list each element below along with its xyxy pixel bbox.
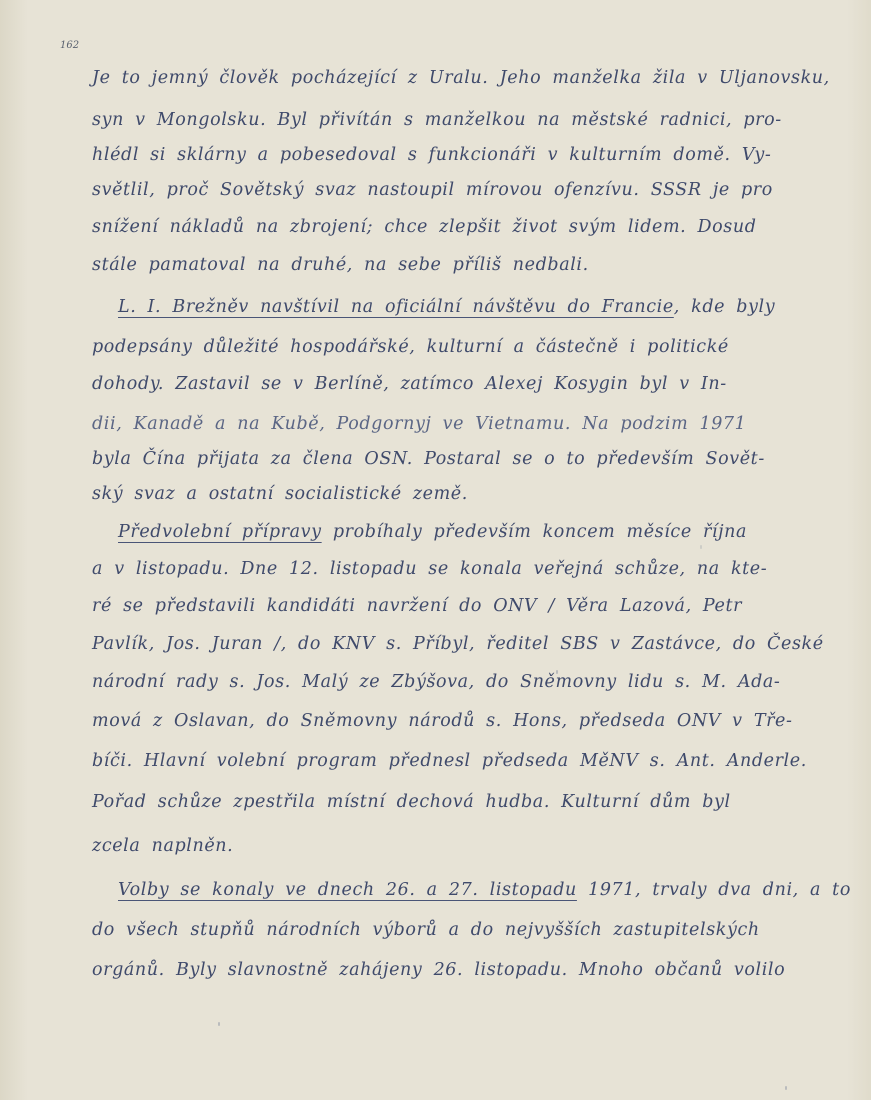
text-line-1: Je to jemný člověk pocházející z Uralu. … — [92, 68, 830, 88]
text-line-19: bíči. Hlavní volební program přednesl př… — [92, 751, 807, 771]
text-line-20: Pořad schůze zpestřila místní dechová hu… — [92, 792, 731, 812]
text-line-22: Volby se konaly ve dnech 26. a 27. listo… — [118, 880, 851, 900]
text-line-17: národní rady s. Jos. Malý ze Zbýšova, do… — [92, 672, 780, 692]
underlined-heading: Předvolební přípravy — [118, 522, 322, 542]
line-continuation: probíhaly především koncem měsíce října — [322, 522, 747, 542]
underlined-heading: L. I. Brežněv navštívil na oficiální náv… — [118, 297, 674, 317]
text-line-23: do všech stupňů národních výborů a do ne… — [92, 920, 760, 940]
text-line-10: dii, Kanadě a na Kubě, Podgornyj ve Viet… — [92, 414, 746, 434]
text-line-4: světlil, proč Sovětský svaz nastoupil mí… — [92, 180, 773, 200]
text-line-2: syn v Mongolsku. Byl přivítán s manželko… — [92, 110, 782, 130]
underlined-heading: Volby se konaly ve dnech 26. a 27. listo… — [118, 880, 577, 900]
text-line-24: orgánů. Byly slavnostně zahájeny 26. lis… — [92, 960, 785, 980]
text-line-9: dohody. Zastavil se v Berlíně, zatímco A… — [92, 374, 727, 394]
text-line-14: a v listopadu. Dne 12. listopadu se kona… — [92, 559, 767, 579]
text-line-11: byla Čína přijata za člena OSN. Postaral… — [92, 449, 765, 469]
page-number: 162 — [60, 40, 79, 51]
line-continuation: 1971, trvaly dva dni, a to — [577, 880, 851, 900]
paper-speck — [218, 1022, 220, 1026]
paper-speck — [785, 1086, 787, 1090]
text-line-5: snížení nákladů na zbrojení; chce zlepši… — [92, 217, 757, 237]
text-line-21: zcela naplněn. — [92, 836, 233, 856]
paper-speck — [700, 545, 702, 549]
line-continuation: , kde byly — [674, 297, 775, 317]
text-line-7: L. I. Brežněv navštívil na oficiální náv… — [118, 297, 775, 317]
paper-speck — [556, 670, 558, 674]
text-line-12: ský svaz a ostatní socialistické země. — [92, 484, 468, 504]
text-line-13: Předvolební přípravy probíhaly především… — [118, 522, 747, 542]
text-line-16: Pavlík, Jos. Juran /, do KNV s. Příbyl, … — [92, 634, 824, 654]
text-line-6: stále pamatoval na druhé, na sebe příliš… — [92, 255, 589, 275]
text-line-15: ré se představili kandidáti navržení do … — [92, 596, 742, 616]
text-line-18: mová z Oslavan, do Sněmovny národů s. Ho… — [92, 711, 793, 731]
handwritten-chronicle-page: 162 Je to jemný člověk pocházející z Ura… — [0, 0, 871, 1100]
text-line-3: hlédl si sklárny a pobesedoval s funkcio… — [92, 145, 771, 165]
text-line-8: podepsány důležité hospodářské, kulturní… — [92, 337, 729, 357]
